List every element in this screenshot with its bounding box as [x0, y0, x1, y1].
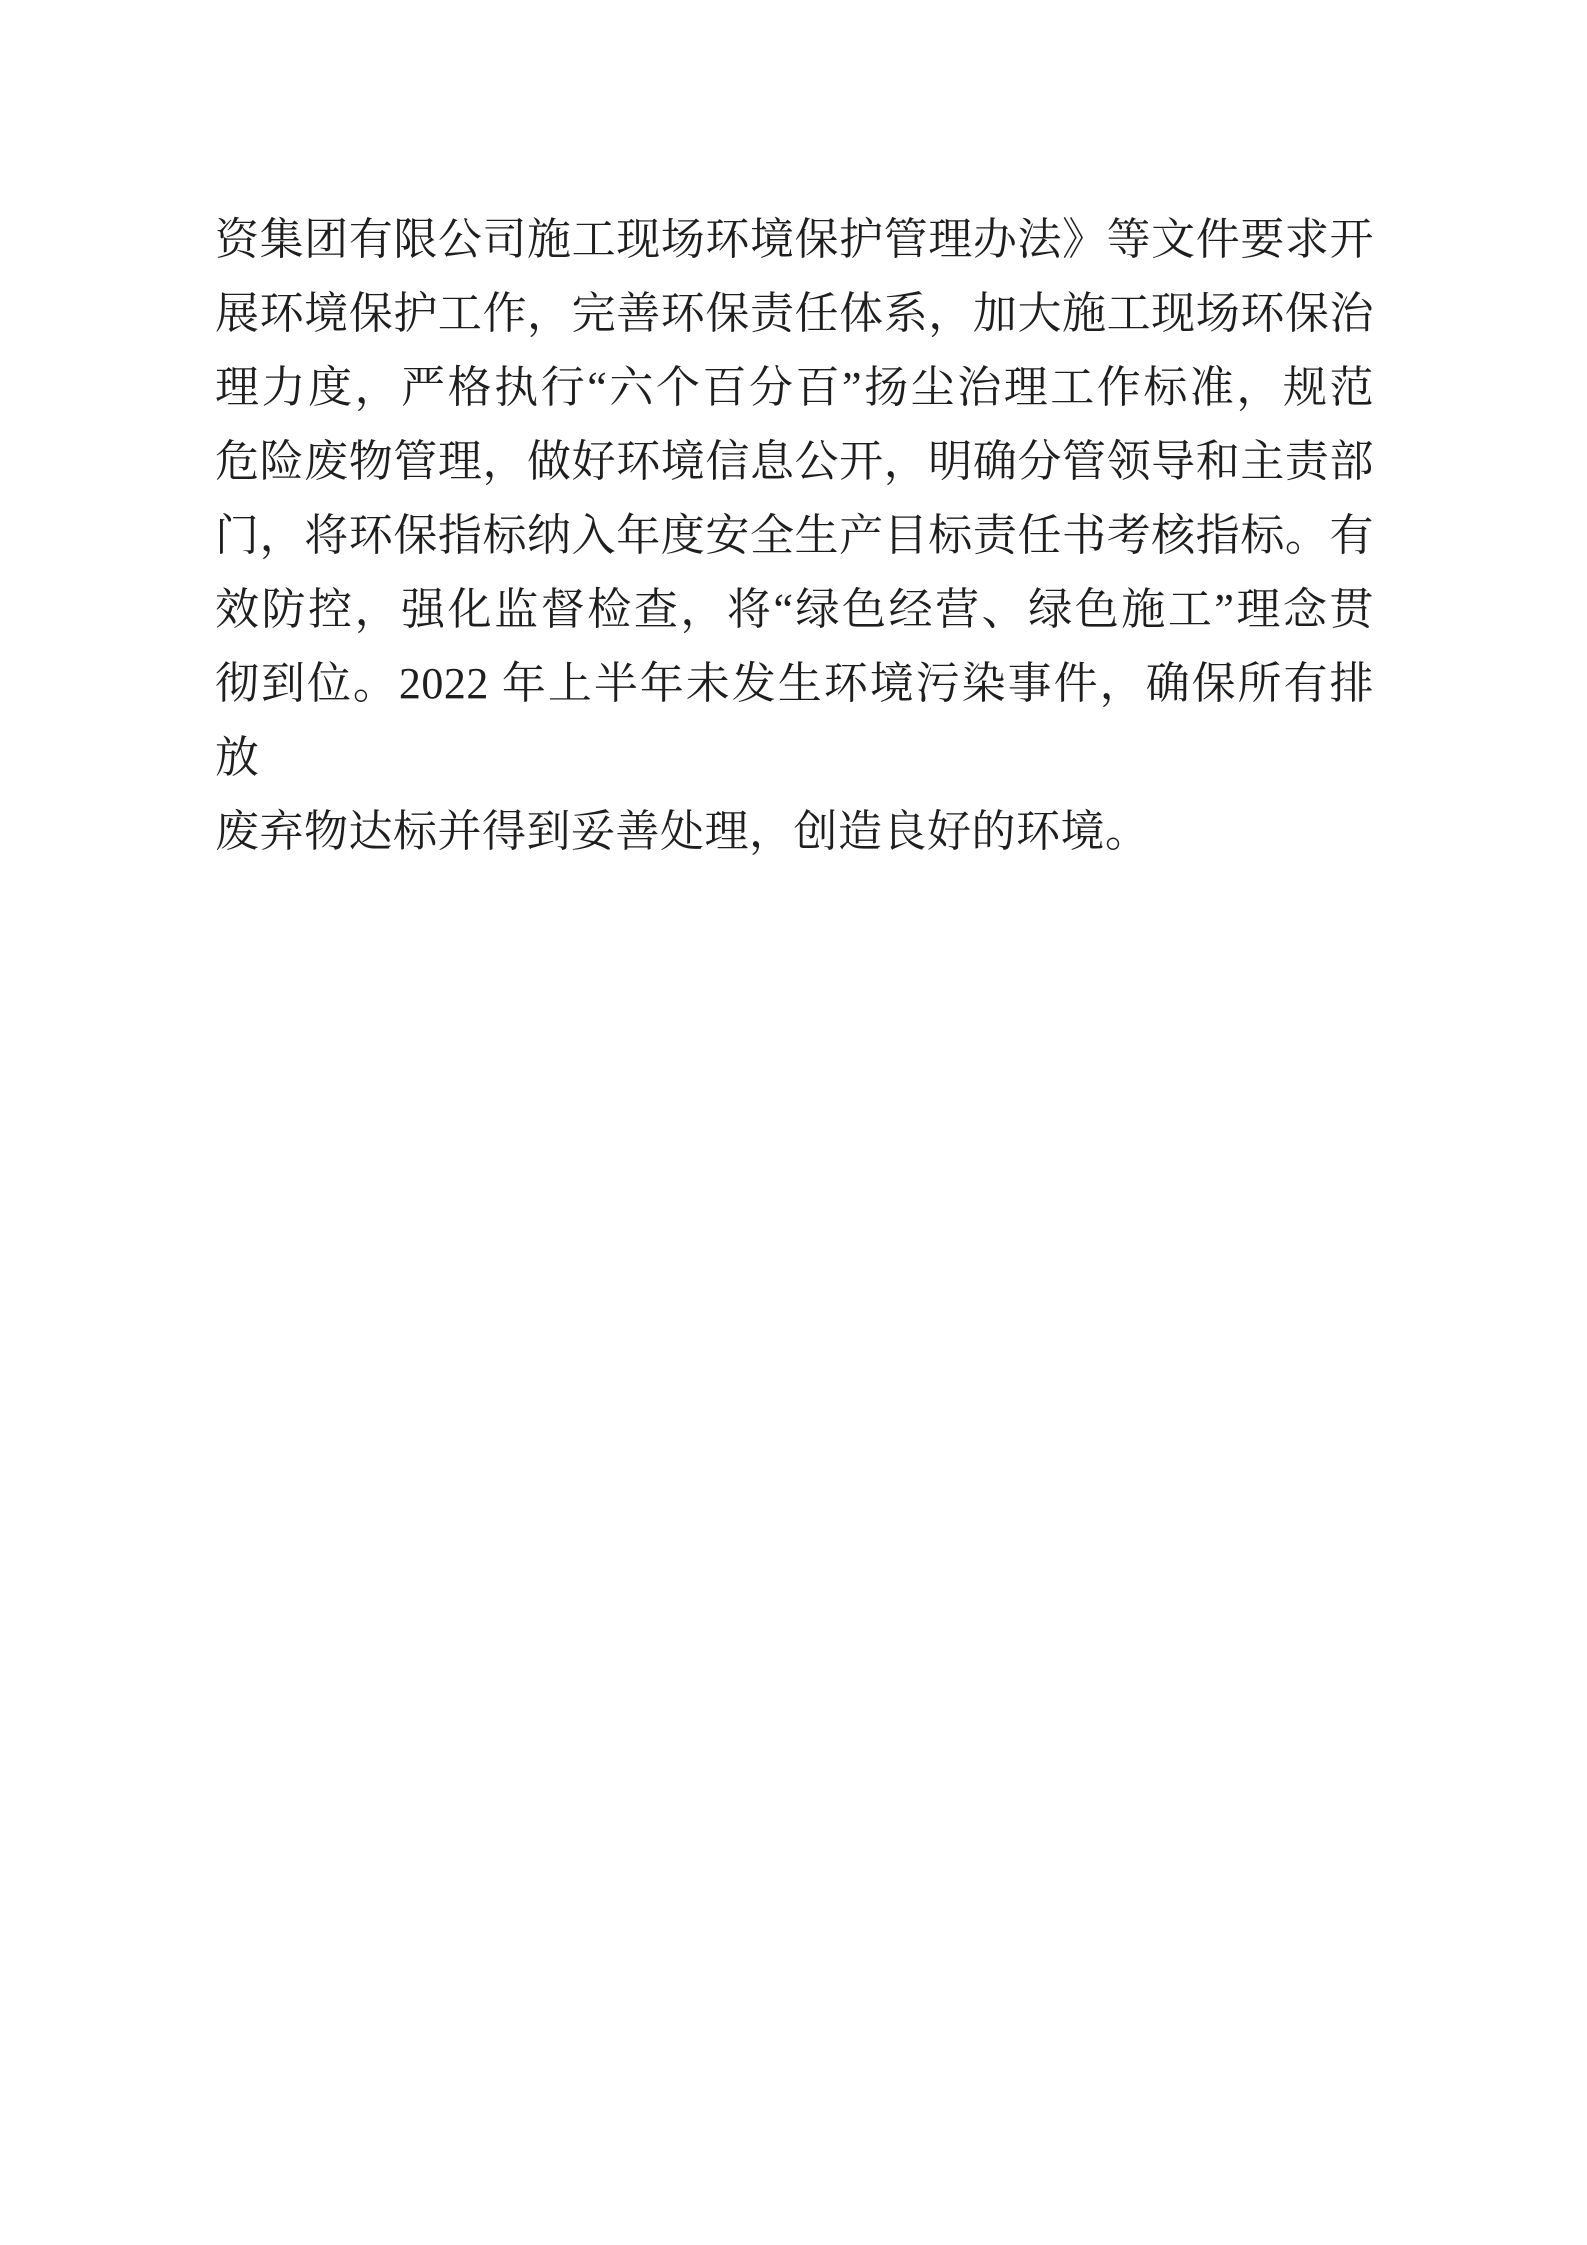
paragraph-line: 展环境保护工作，完善环保责任体系，加大施工现场环保治 [215, 277, 1374, 351]
document-page: 资集团有限公司施工现场环境保护管理办法》等文件要求开 展环境保护工作，完善环保责… [0, 0, 1587, 2245]
paragraph-line: 危险废物管理，做好环境信息公开，明确分管领导和主责部 [215, 425, 1374, 499]
paragraph-line: 门，将环保指标纳入年度安全生产目标责任书考核指标。有 [215, 499, 1374, 573]
paragraph-line: 彻到位。2022 年上半年未发生环境污染事件，确保所有排放 [215, 647, 1374, 795]
body-paragraph: 资集团有限公司施工现场环境保护管理办法》等文件要求开 展环境保护工作，完善环保责… [215, 203, 1374, 869]
paragraph-line: 资集团有限公司施工现场环境保护管理办法》等文件要求开 [215, 203, 1374, 277]
paragraph-line: 理力度，严格执行“六个百分百”扬尘治理工作标准，规范 [215, 351, 1374, 425]
paragraph-line: 废弃物达标并得到妥善处理，创造良好的环境。 [215, 795, 1374, 869]
paragraph-line: 效防控，强化监督检查，将“绿色经营、绿色施工”理念贯 [215, 573, 1374, 647]
